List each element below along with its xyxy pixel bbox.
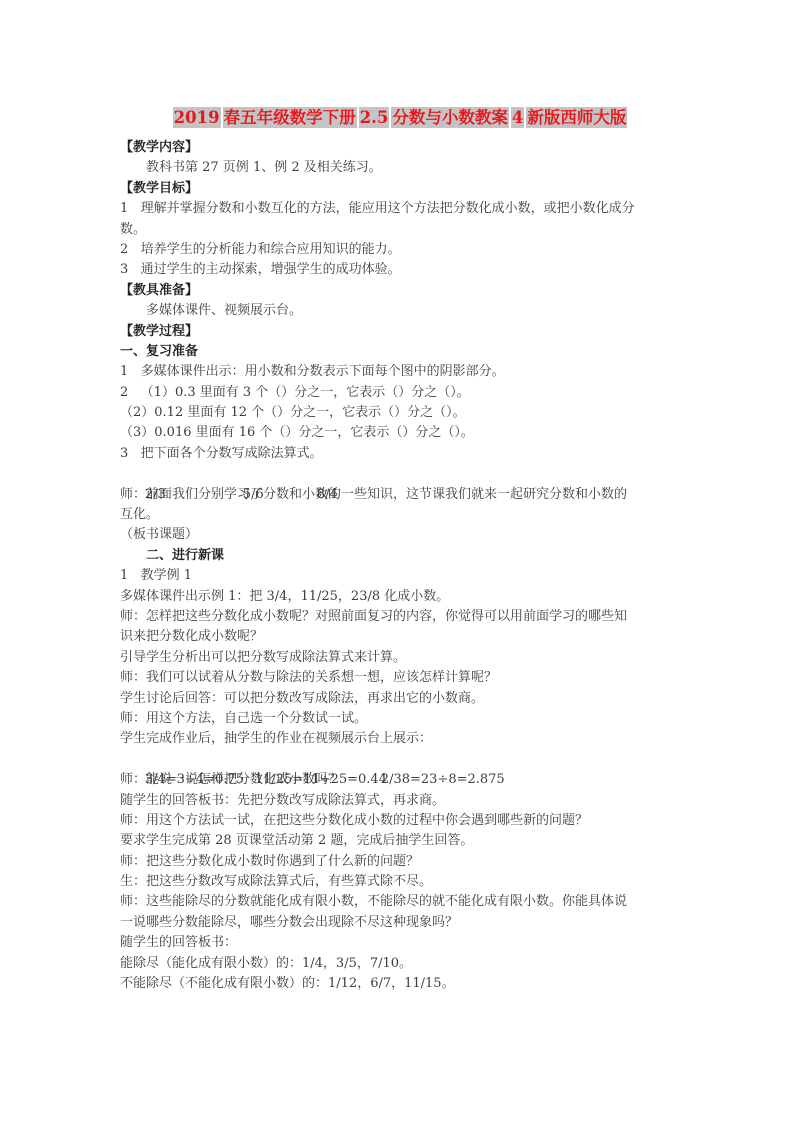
review-line: （3）0.016 里面有 16 个（）分之一，它表示（）分之（）。 <box>120 423 690 443</box>
calculation: 2/38=23÷8=2.875 <box>381 770 505 790</box>
lesson-line: 师：怎样把这些分数化成小数呢？对照前面复习的内容，你觉得可以用前面学习的哪些知 <box>120 607 690 627</box>
fractions-row: 2/35/68/4 <box>120 464 690 484</box>
content-text: 教科书第 27 页例 1、例 2 及相关练习。 <box>120 158 690 178</box>
goal-line: 2 培养学生的分析能力和综合应用知识的能力。 <box>120 240 690 260</box>
goal-line: 数。 <box>120 220 690 240</box>
teacher-line: 互化。 <box>120 505 690 525</box>
discussion-line: 要求学生完成第 28 页课堂活动第 2 题，完成后抽学生回答。 <box>120 831 690 851</box>
discussion-line: 师：这些能除尽的分数就能化成有限小数，不能除尽的就不能化成有限小数。你能具体说 <box>120 892 690 912</box>
review-line: 1 多媒体课件出示：用小数和分数表示下面每个图中的阴影部分。 <box>120 362 690 382</box>
review-line: 3 把下面各个分数写成除法算式。 <box>120 444 690 464</box>
calculations-row: 3/4=3÷4=0.7511/25=11÷25=0.442/38=23÷8=2.… <box>120 750 690 770</box>
lesson-line: 识来把分数化成小数呢？ <box>120 627 690 647</box>
review-line: （2）0.12 里面有 12 个（）分之一，它表示（）分之（）。 <box>120 403 690 423</box>
lesson-line: 1 教学例 1 <box>120 566 690 586</box>
lesson-line: 多媒体课件出示例 1：把 3/4，11/25，23/8 化成小数。 <box>120 587 690 607</box>
title-part: 新版西师大版 <box>526 107 627 128</box>
discussion-line: 师：用这个方法试一试，在把这些分数化成小数的过程中你会遇到哪些新的问题？ <box>120 811 690 831</box>
discussion-line: 能除尽（能化成有限小数）的：1/4，3/5，7/10。 <box>120 954 690 974</box>
title-part: 2.5 <box>359 107 390 128</box>
subheading-review: 一、复习准备 <box>120 342 690 362</box>
discussion-line: 生：把这些分数改写成除法算式后，有些算式除不尽。 <box>120 872 690 892</box>
section-heading-process: 【教学过程】 <box>120 322 690 342</box>
title-part: 春五年级数学下册 <box>223 107 357 128</box>
discussion-line: 师：把这些分数化成小数时你遇到了什么新的问题？ <box>120 852 690 872</box>
document-body: 【教学内容】 教科书第 27 页例 1、例 2 及相关练习。 【教学目标】 1 … <box>120 138 690 994</box>
document-page: 2019春五年级数学下册2.5分数与小数教案4新版西师大版 【教学内容】 教科书… <box>0 0 800 1132</box>
discussion-line: 随学生的回答板书： <box>120 933 690 953</box>
review-line: 2 （1）0.3 里面有 3 个（）分之一，它表示（）分之（）。 <box>120 383 690 403</box>
lesson-line: 引导学生分析出可以把分数写成除法算式来计算。 <box>120 648 690 668</box>
goal-line: 3 通过学生的主动探索，增强学生的成功体验。 <box>120 260 690 280</box>
section-heading-content: 【教学内容】 <box>120 138 690 158</box>
lesson-line: 师：我们可以试着从分数与除法的关系想一想，应该怎样计算呢？ <box>120 668 690 688</box>
lesson-line: 学生完成作业后，抽学生的作业在视频展示台上展示： <box>120 729 690 749</box>
section-heading-tools: 【教具准备】 <box>120 281 690 301</box>
discussion-line: 随学生的回答板书：先把分数改写成除法算式，再求商。 <box>120 791 690 811</box>
lesson-line: 师：用这个方法，自己选一个分数试一试。 <box>120 709 690 729</box>
teacher-line: 师：前面我们分别学习了分数和小数的一些知识，这节课我们就来一起研究分数和小数的 <box>120 485 690 505</box>
title-part: 4 <box>511 107 524 128</box>
goal-line: 1 理解并掌握分数和小数互化的方法，能应用这个方法把分数化成小数，或把小数化成分 <box>120 199 690 219</box>
section-heading-goals: 【教学目标】 <box>120 179 690 199</box>
discussion-line: 不能除尽（不能化成有限小数）的：1/12，6/7，11/15。 <box>120 974 690 994</box>
subheading-new-lesson: 二、进行新课 <box>120 546 690 566</box>
tools-text: 多媒体课件、视频展示台。 <box>120 301 690 321</box>
title-part: 分数与小数教案 <box>391 107 509 128</box>
lesson-line: 学生讨论后回答：可以把分数改写成除法，再求出它的小数商。 <box>120 689 690 709</box>
discussion-line: 一说哪些分数能除尽，哪些分数会出现除不尽这种现象吗？ <box>120 913 690 933</box>
board-title: （板书课题） <box>120 525 690 545</box>
document-title: 2019春五年级数学下册2.5分数与小数教案4新版西师大版 <box>0 106 800 130</box>
title-part: 2019 <box>173 107 221 128</box>
